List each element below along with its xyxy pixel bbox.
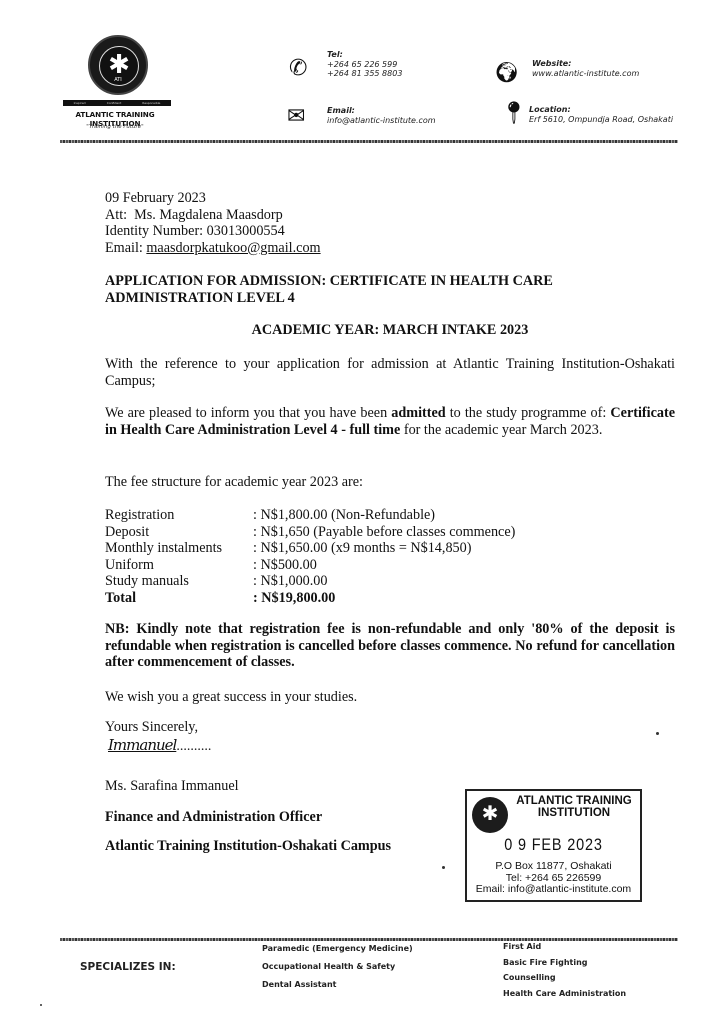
email-label: Email:: [105, 240, 146, 256]
email-label: Email:: [327, 106, 436, 116]
scan-speck: [656, 732, 659, 735]
fee-item: Monthly instalments: [105, 540, 253, 557]
scan-speck: [40, 1004, 42, 1006]
motto-word: Confident: [107, 101, 122, 105]
stamp-name-line: ATLANTIC TRAINING: [509, 795, 639, 807]
fee-total-row: Total: N$19,800.00: [105, 590, 515, 607]
fee-row: Monthly instalments: N$1,650.00 (x9 mont…: [105, 540, 515, 557]
globe-icon: 🌍︎: [494, 60, 519, 84]
identity-number: 03013000554: [207, 223, 285, 239]
location-address: Erf 5610, Ompundja Road, Oshakati: [529, 115, 673, 125]
specialization-column-2: First Aid Basic Fire Fighting Counsellin…: [503, 939, 626, 1001]
tel-number: +264 81 355 8803: [327, 69, 402, 79]
fee-item: Deposit: [105, 524, 253, 541]
admitted-text: admitted: [391, 405, 445, 421]
fee-structure-table: Registration: N$1,800.00 (Non-Refundable…: [105, 507, 515, 606]
admission-letter-page: ✱ ATI Inspired Confident Responsible ATL…: [0, 0, 725, 1024]
letter-date: 09 February 2023: [105, 190, 675, 207]
stamp-name-line: INSTITUTION: [509, 807, 639, 819]
stamp-email: Email: info@atlantic-institute.com: [467, 884, 640, 896]
admission-text: for the academic year March 2023.: [400, 422, 602, 438]
stamp-logo-icon: ✱: [472, 797, 508, 833]
contact-tel: Tel: +264 65 226 599 +264 81 355 8803: [327, 50, 402, 79]
envelope-icon: ✉: [287, 104, 305, 129]
identity-line: Identity Number: 03013000554: [105, 223, 675, 240]
specialization-item: Paramedic (Emergency Medicine): [262, 940, 413, 958]
stamp-institution-name: ATLANTIC TRAINING INSTITUTION: [509, 795, 639, 819]
attention-line: Att: Ms. Magdalena Maasdorp: [105, 207, 675, 224]
logo-ati-text: ATI: [90, 77, 146, 83]
fee-amount: : N$1,000.00: [253, 573, 515, 590]
admission-text: to the study programme of:: [446, 405, 611, 421]
specialization-item: Dental Assistant: [262, 976, 413, 994]
institution-tagline: "Training the Future": [50, 124, 180, 130]
identity-label: Identity Number:: [105, 223, 207, 239]
specialization-item: Basic Fire Fighting: [503, 955, 626, 971]
fee-row: Study manuals: N$1,000.00: [105, 573, 515, 590]
fee-amount: : N$1,650 (Payable before classes commen…: [253, 524, 515, 541]
fee-item: Total: [105, 590, 253, 607]
stamp-po-box: P.O Box 11877, Oshakati: [467, 861, 640, 873]
fee-amount: : N$500.00: [253, 557, 515, 574]
specialization-item: First Aid: [503, 939, 626, 955]
official-stamp: ✱ ATLANTIC TRAINING INSTITUTION 0 9 FEB …: [465, 789, 642, 902]
location-label: Location:: [529, 105, 673, 115]
motto-word: Responsible: [142, 101, 160, 105]
closing-wish: We wish you a great success in your stud…: [105, 689, 675, 706]
signature: Immanuel..........: [108, 736, 211, 755]
reference-paragraph: With the reference to your application f…: [105, 356, 675, 389]
stamp-date: 0 9 FEB 2023: [480, 835, 627, 855]
contact-email: Email: info@atlantic-institute.com: [327, 106, 436, 125]
scan-speck: [442, 866, 445, 869]
website-label: Website:: [532, 59, 639, 69]
tel-label: Tel:: [327, 50, 402, 60]
institution-logo: ✱ ATI: [88, 35, 148, 95]
fee-amount: : N$1,650.00 (x9 months = N$14,850): [253, 540, 515, 557]
specialization-item: Health Care Administration: [503, 986, 626, 1002]
logo-motto-bar: Inspired Confident Responsible: [63, 100, 171, 106]
nb-text: : Kindly note that registration fee is n…: [105, 621, 675, 670]
contact-location: Location: Erf 5610, Ompundja Road, Oshak…: [529, 105, 673, 124]
specialization-item: Counselling: [503, 970, 626, 986]
academic-year-heading: ACADEMIC YEAR: MARCH INTAKE 2023: [105, 322, 675, 339]
fee-item: Study manuals: [105, 573, 253, 590]
fee-amount: : N$1,800.00 (Non-Refundable): [253, 507, 515, 524]
fee-row: Registration: N$1,800.00 (Non-Refundable…: [105, 507, 515, 524]
specializes-label: SPECIALIZES IN:: [80, 961, 176, 973]
website-link[interactable]: www.atlantic-institute.com: [532, 69, 639, 79]
fee-item: Uniform: [105, 557, 253, 574]
header-divider: [60, 140, 678, 143]
recipient-block: 09 February 2023 Att: Ms. Magdalena Maas…: [105, 190, 675, 256]
recipient-email-line: Email: maasdorpkatukoo@gmail.com: [105, 240, 675, 257]
nb-label: NB: [105, 621, 125, 637]
admission-text: We are pleased to inform you that you ha…: [105, 405, 391, 421]
handwritten-signature: Immanuel: [108, 736, 176, 754]
motto-word: Inspired: [74, 101, 86, 105]
map-pin-icon: 📍︎: [500, 101, 528, 126]
stamp-contact: P.O Box 11877, Oshakati Tel: +264 65 226…: [467, 861, 640, 896]
institution-email-link[interactable]: info@atlantic-institute.com: [327, 116, 436, 126]
phone-icon: ✆: [289, 56, 307, 81]
admission-paragraph: We are pleased to inform you that you ha…: [105, 405, 675, 438]
specialization-column-1: Paramedic (Emergency Medicine) Occupatio…: [262, 940, 413, 994]
star-of-life-icon: ✱: [100, 50, 138, 80]
fee-intro: The fee structure for academic year 2023…: [105, 474, 675, 491]
fee-amount: : N$19,800.00: [253, 590, 515, 607]
nb-paragraph: NB: Kindly note that registration fee is…: [105, 621, 675, 671]
fee-row: Uniform: N$500.00: [105, 557, 515, 574]
specialization-item: Occupational Health & Safety: [262, 958, 413, 976]
tel-number: +264 65 226 599: [327, 60, 402, 70]
letter-subject: APPLICATION FOR ADMISSION: CERTIFICATE I…: [105, 273, 605, 306]
fee-item: Registration: [105, 507, 253, 524]
signature-dots: ..........: [176, 739, 211, 754]
contact-website: Website: www.atlantic-institute.com: [532, 59, 639, 78]
recipient-email-link[interactable]: maasdorpkatukoo@gmail.com: [146, 240, 320, 256]
sign-off: Yours Sincerely,: [105, 719, 675, 736]
fee-row: Deposit: N$1,650 (Payable before classes…: [105, 524, 515, 541]
